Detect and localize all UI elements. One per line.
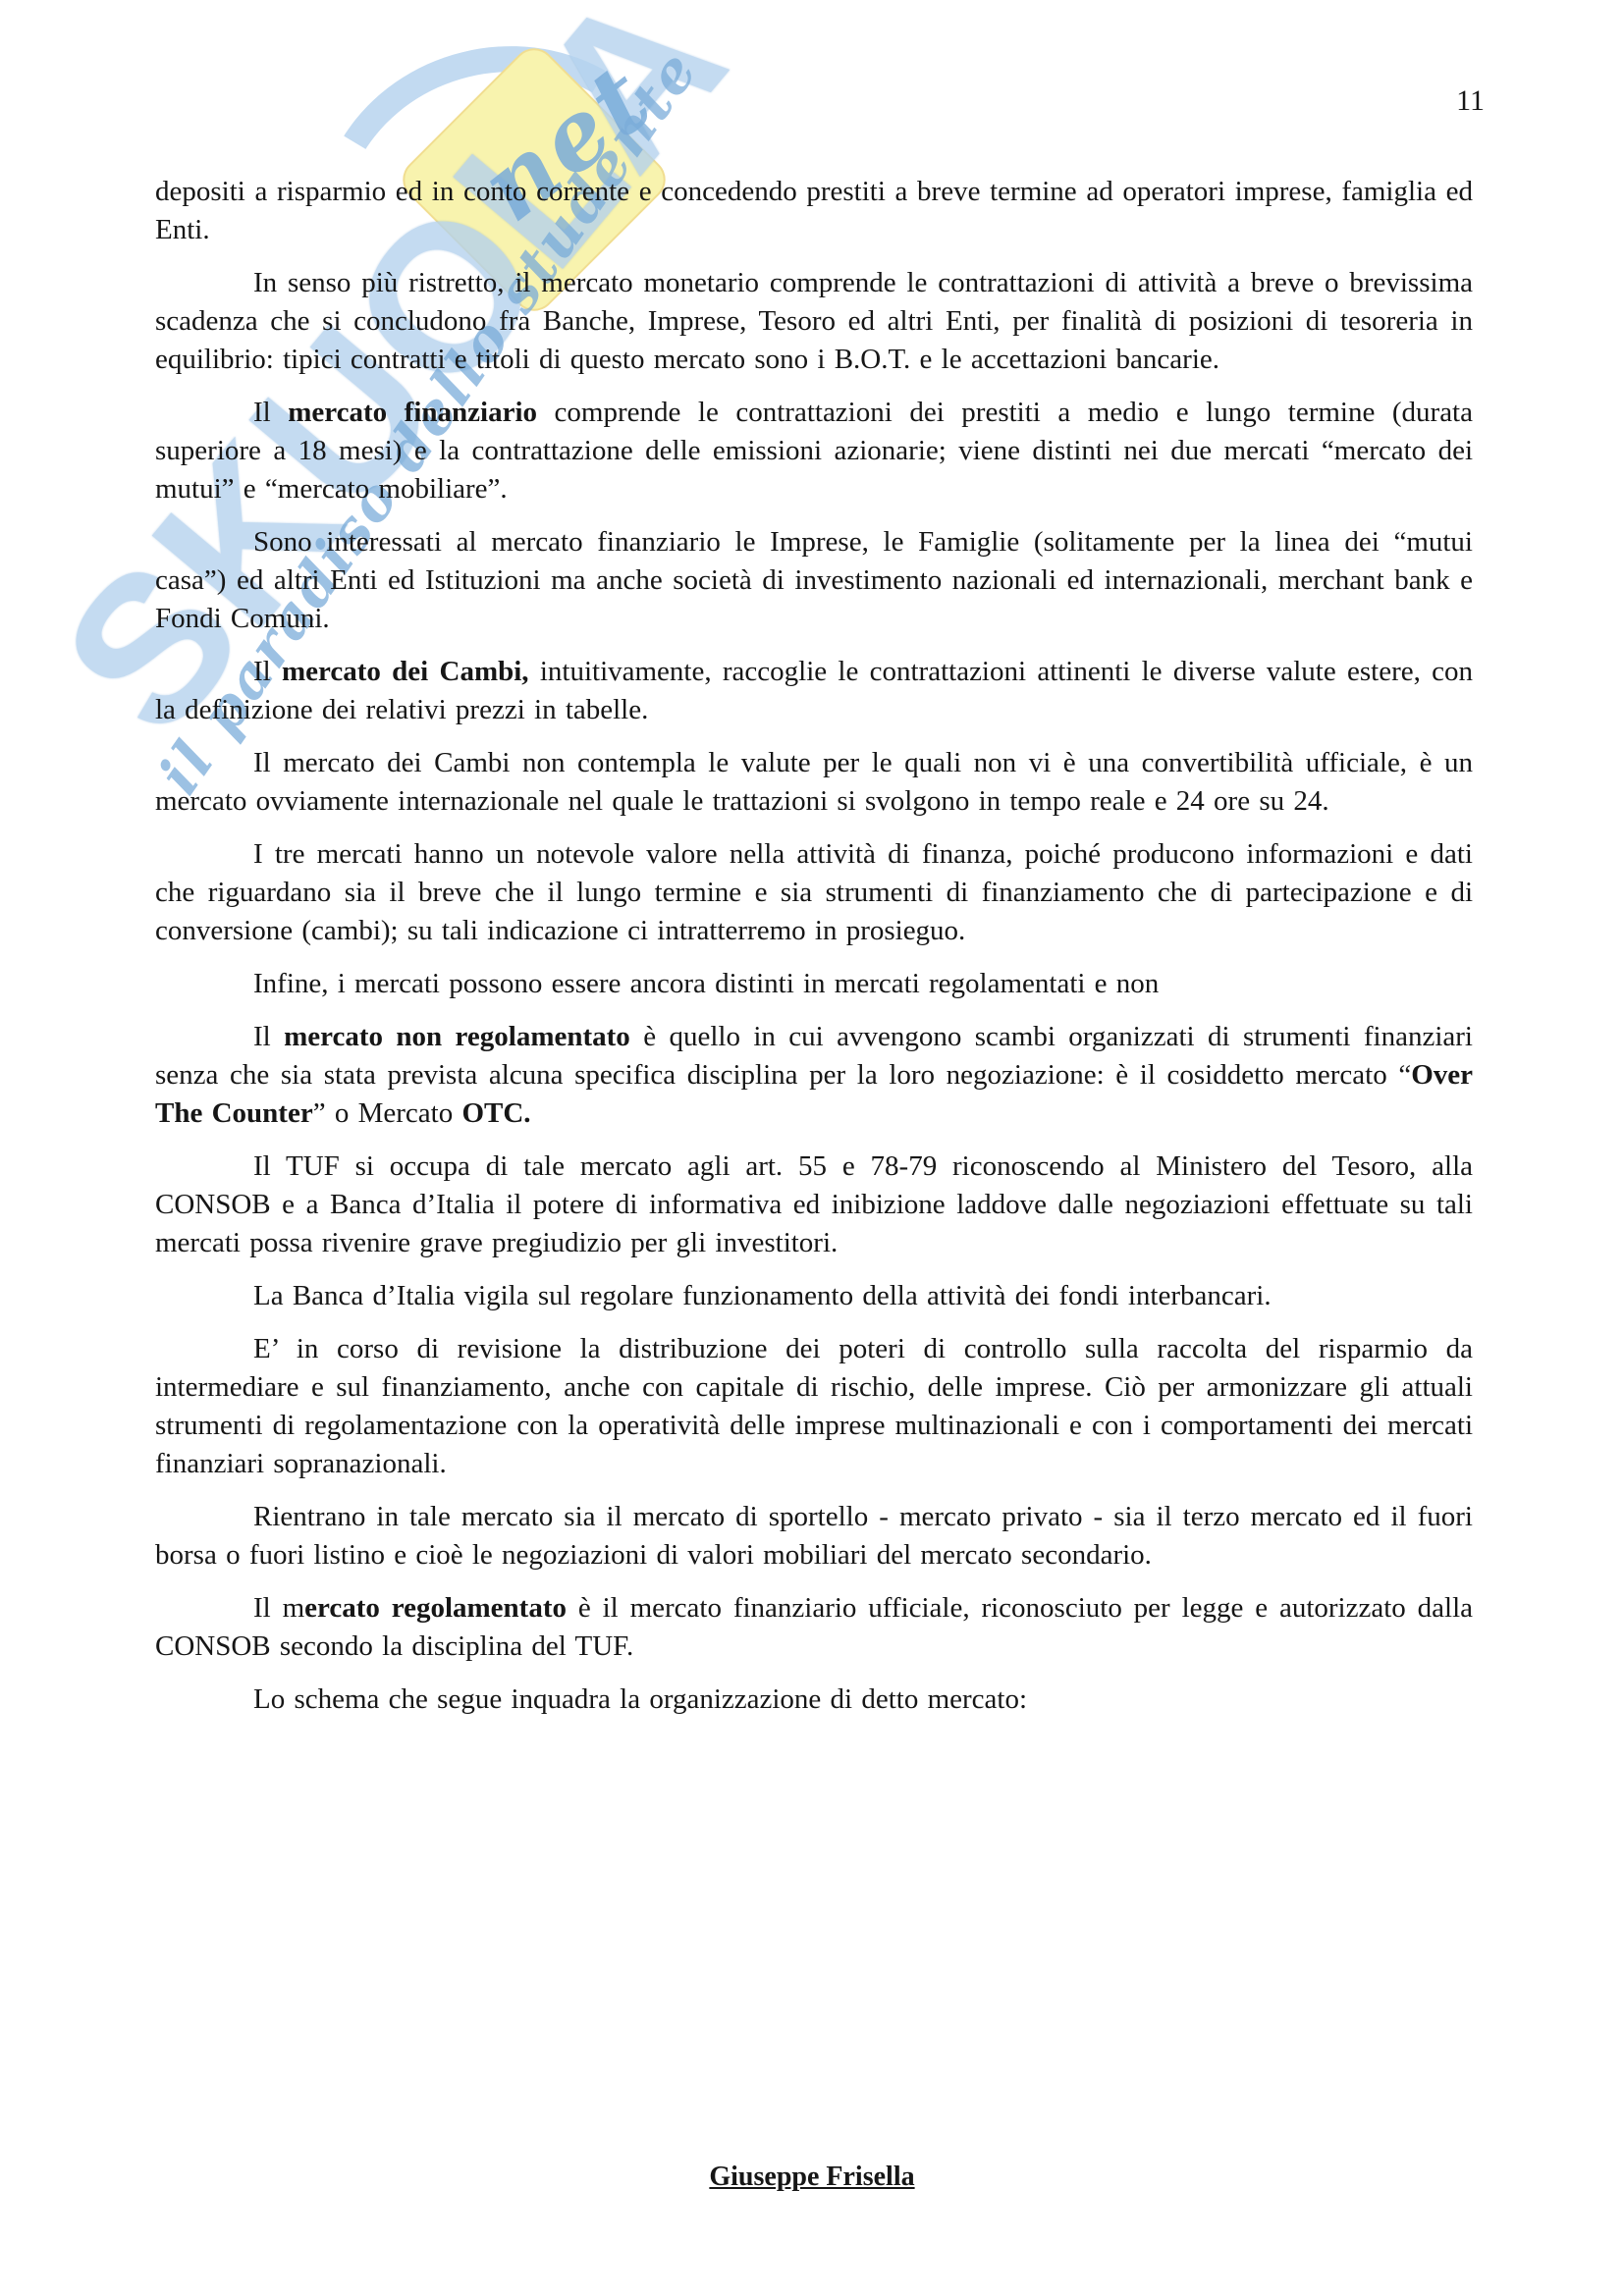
text-run: I tre mercati hanno un notevole valore n… [155, 838, 1473, 946]
paragraph: Infine, i mercati possono essere ancora … [155, 965, 1473, 1003]
paragraph: Lo schema che segue inquadra la organizz… [155, 1681, 1473, 1719]
text-run: Rientrano in tale mercato sia il mercato… [155, 1501, 1473, 1571]
text-run: Infine, i mercati possono essere ancora … [253, 968, 1159, 999]
text-run: Lo schema che segue inquadra la organizz… [253, 1683, 1027, 1715]
paragraph: E’ in corso di revisione la distribuzion… [155, 1330, 1473, 1483]
text-run: La Banca d’Italia vigila sul regolare fu… [253, 1280, 1272, 1311]
paragraph: Il mercato dei Cambi non contempla le va… [155, 744, 1473, 821]
document-body: depositi a risparmio ed in conto corrent… [155, 173, 1473, 1734]
footer-author: Giuseppe Frisella [709, 2162, 914, 2192]
bold-text-run: ercato regolamentato [304, 1592, 567, 1624]
bold-text-run: OTC. [461, 1097, 530, 1129]
paragraph: Sono interessati al mercato finanziario … [155, 523, 1473, 638]
text-run: Sono interessati al mercato finanziario … [155, 526, 1473, 634]
text-run: Il [253, 1021, 284, 1052]
page-number: 11 [1456, 84, 1485, 118]
bold-text-run: mercato dei Cambi, [282, 656, 529, 687]
text-run: Il [253, 397, 288, 428]
text-run: Il m [253, 1592, 304, 1624]
text-run: Il mercato dei Cambi non contempla le va… [155, 747, 1473, 817]
paragraph: In senso più ristretto, il mercato monet… [155, 264, 1473, 379]
paragraph: I tre mercati hanno un notevole valore n… [155, 835, 1473, 950]
paragraph: Il TUF si occupa di tale mercato agli ar… [155, 1148, 1473, 1262]
paragraph: depositi a risparmio ed in conto corrent… [155, 173, 1473, 249]
page-footer: Giuseppe Frisella [0, 2162, 1624, 2193]
paragraph: Il mercato non regolamentato è quello in… [155, 1018, 1473, 1133]
paragraph: Il mercato finanziario comprende le cont… [155, 394, 1473, 508]
paragraph: Il mercato regolamentato è il mercato fi… [155, 1589, 1473, 1666]
text-run: In senso più ristretto, il mercato monet… [155, 267, 1473, 375]
paragraph: La Banca d’Italia vigila sul regolare fu… [155, 1277, 1473, 1315]
paragraph: Rientrano in tale mercato sia il mercato… [155, 1498, 1473, 1575]
bold-text-run: mercato non regolamentato [284, 1021, 630, 1052]
text-run: depositi a risparmio ed in conto corrent… [155, 176, 1473, 245]
bold-text-run: mercato finanziario [288, 397, 537, 428]
text-run: Il [253, 656, 282, 687]
document-page: SKUOLA net il paradiso dello studente 11… [0, 0, 1624, 2296]
paragraph: Il mercato dei Cambi, intuitivamente, ra… [155, 653, 1473, 729]
text-run: ” o Mercato [313, 1097, 462, 1129]
text-run: E’ in corso di revisione la distribuzion… [155, 1333, 1473, 1479]
text-run: Il TUF si occupa di tale mercato agli ar… [155, 1150, 1473, 1258]
